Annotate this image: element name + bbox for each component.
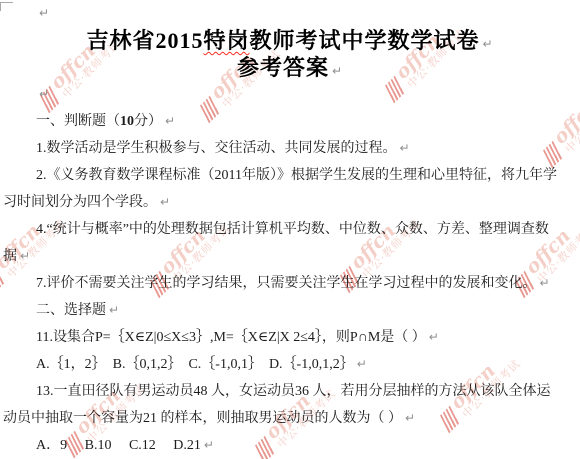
paragraph-mark-icon: ↵ xyxy=(204,438,214,452)
text-run: 参考答案 xyxy=(237,55,329,80)
paragraph-mark-icon: ↵ xyxy=(429,330,439,344)
document-text: ↵吉林省2015特岗教师考试中学数学试卷↵参考答案↵↵一、判断题（10分）↵1.… xyxy=(0,0,580,459)
paragraph-mark-icon: ↵ xyxy=(39,87,49,101)
paragraph-mark-icon: ↵ xyxy=(39,6,49,20)
text-line: A.｛1，2｝ B.｛0,1,2｝ C.｛-1,0,1｝ D.｛-1,0,1,2… xyxy=(0,351,580,378)
text-run: 4.“统计与概率”中的处理数据包括计算机平均数、中位数、众数、方差、整理调查数 xyxy=(36,222,549,237)
title-line: 参考答案↵ xyxy=(0,54,580,81)
text-line: 1.数学活动是学生积极参与、交往活动、共同发展的过程。↵ xyxy=(0,135,580,162)
paragraph-mark-icon: ↵ xyxy=(357,357,367,371)
text-run: 据 xyxy=(3,249,17,264)
text-line: A．9 B.10 C.12 D.21↵ xyxy=(0,432,580,459)
paragraph-mark-icon: ↵ xyxy=(400,141,410,155)
text-run: A.｛1，2｝ B.｛0,1,2｝ C.｛-1,0,1｝ D.｛-1,0,1,2… xyxy=(36,357,354,372)
title-line: 吉林省2015特岗教师考试中学数学试卷↵ xyxy=(0,27,580,54)
text-run: 1.数学活动是学生积极参与、交往活动、共同发展的过程。 xyxy=(36,141,397,156)
text-line: 一、判断题（10分）↵ xyxy=(0,108,580,135)
text-line: 动员中抽取一个容量为21 的样本，则抽取男运动员的人数为（ ）↵ xyxy=(0,405,580,432)
paragraph-mark-icon: ↵ xyxy=(540,276,550,290)
blank-line: ↵ xyxy=(0,0,580,27)
document-page: offcn中公·教师考试offcn中公·教师考试offcn中公·教师考试offc… xyxy=(0,0,580,459)
blank-line: ↵ xyxy=(0,81,580,108)
text-run: 动员中抽取一个容量为21 的样本，则抽取男运动员的人数为（ ） xyxy=(3,411,402,426)
text-run: 11.设集合P=｛X∈Z|0≤X≤3｝,M=｛X∈Z|X 2≤4｝，则P∩M是（… xyxy=(36,330,426,345)
text-line: 11.设集合P=｛X∈Z|0≤X≤3｝,M=｛X∈Z|X 2≤4｝，则P∩M是（… xyxy=(0,324,580,351)
text-run: 2.《义务教育数学课程标准（2011年版）》根据学生发展的生理和心里特征，将九年… xyxy=(36,168,557,183)
text-line: 13.一直田径队有男运动员48 人，女运动员36 人，若用分层抽样的方法从该队全… xyxy=(0,378,580,405)
paragraph-mark-icon: ↵ xyxy=(332,64,343,78)
text-line: 4.“统计与概率”中的处理数据包括计算机平均数、中位数、众数、方差、整理调查数 xyxy=(0,216,580,243)
text-run: 10 xyxy=(120,114,134,129)
text-run: 二、选择题 xyxy=(36,303,106,318)
text-line: 据↵ xyxy=(0,243,580,270)
text-line: 二、选择题↵ xyxy=(0,297,580,324)
misspelled-text: 特岗 xyxy=(203,28,249,53)
text-run: 教师考试中学数学试卷 xyxy=(249,28,479,53)
text-line: 2.《义务教育数学课程标准（2011年版）》根据学生发展的生理和心里特征，将九年… xyxy=(0,162,580,189)
text-run: 习时间划分为四个学段。 xyxy=(3,195,157,210)
text-run: 7.评价不需要关注学生的学习结果，只需要关注学生在学习过程中的发展和变化。 xyxy=(36,276,537,291)
paragraph-mark-icon: ↵ xyxy=(482,37,493,51)
paragraph-mark-icon: ↵ xyxy=(160,195,170,209)
page-margin-corner-mark xyxy=(0,2,13,11)
text-line: 7.评价不需要关注学生的学习结果，只需要关注学生在学习过程中的发展和变化。↵ xyxy=(0,270,580,297)
text-run: 13.一直田径队有男运动员48 人，女运动员36 人，若用分层抽样的方法从该队全… xyxy=(36,384,551,399)
text-run: 吉林省2015 xyxy=(86,28,203,53)
paragraph-mark-icon: ↵ xyxy=(165,114,175,128)
paragraph-mark-icon: ↵ xyxy=(20,249,30,263)
text-run: 分） xyxy=(134,114,162,129)
text-run: A．9 B.10 C.12 D.21 xyxy=(36,438,201,453)
paragraph-mark-icon: ↵ xyxy=(405,411,415,425)
paragraph-mark-icon: ↵ xyxy=(109,303,119,317)
text-line: 习时间划分为四个学段。↵ xyxy=(0,189,580,216)
text-run: 一、判断题（ xyxy=(36,114,120,129)
